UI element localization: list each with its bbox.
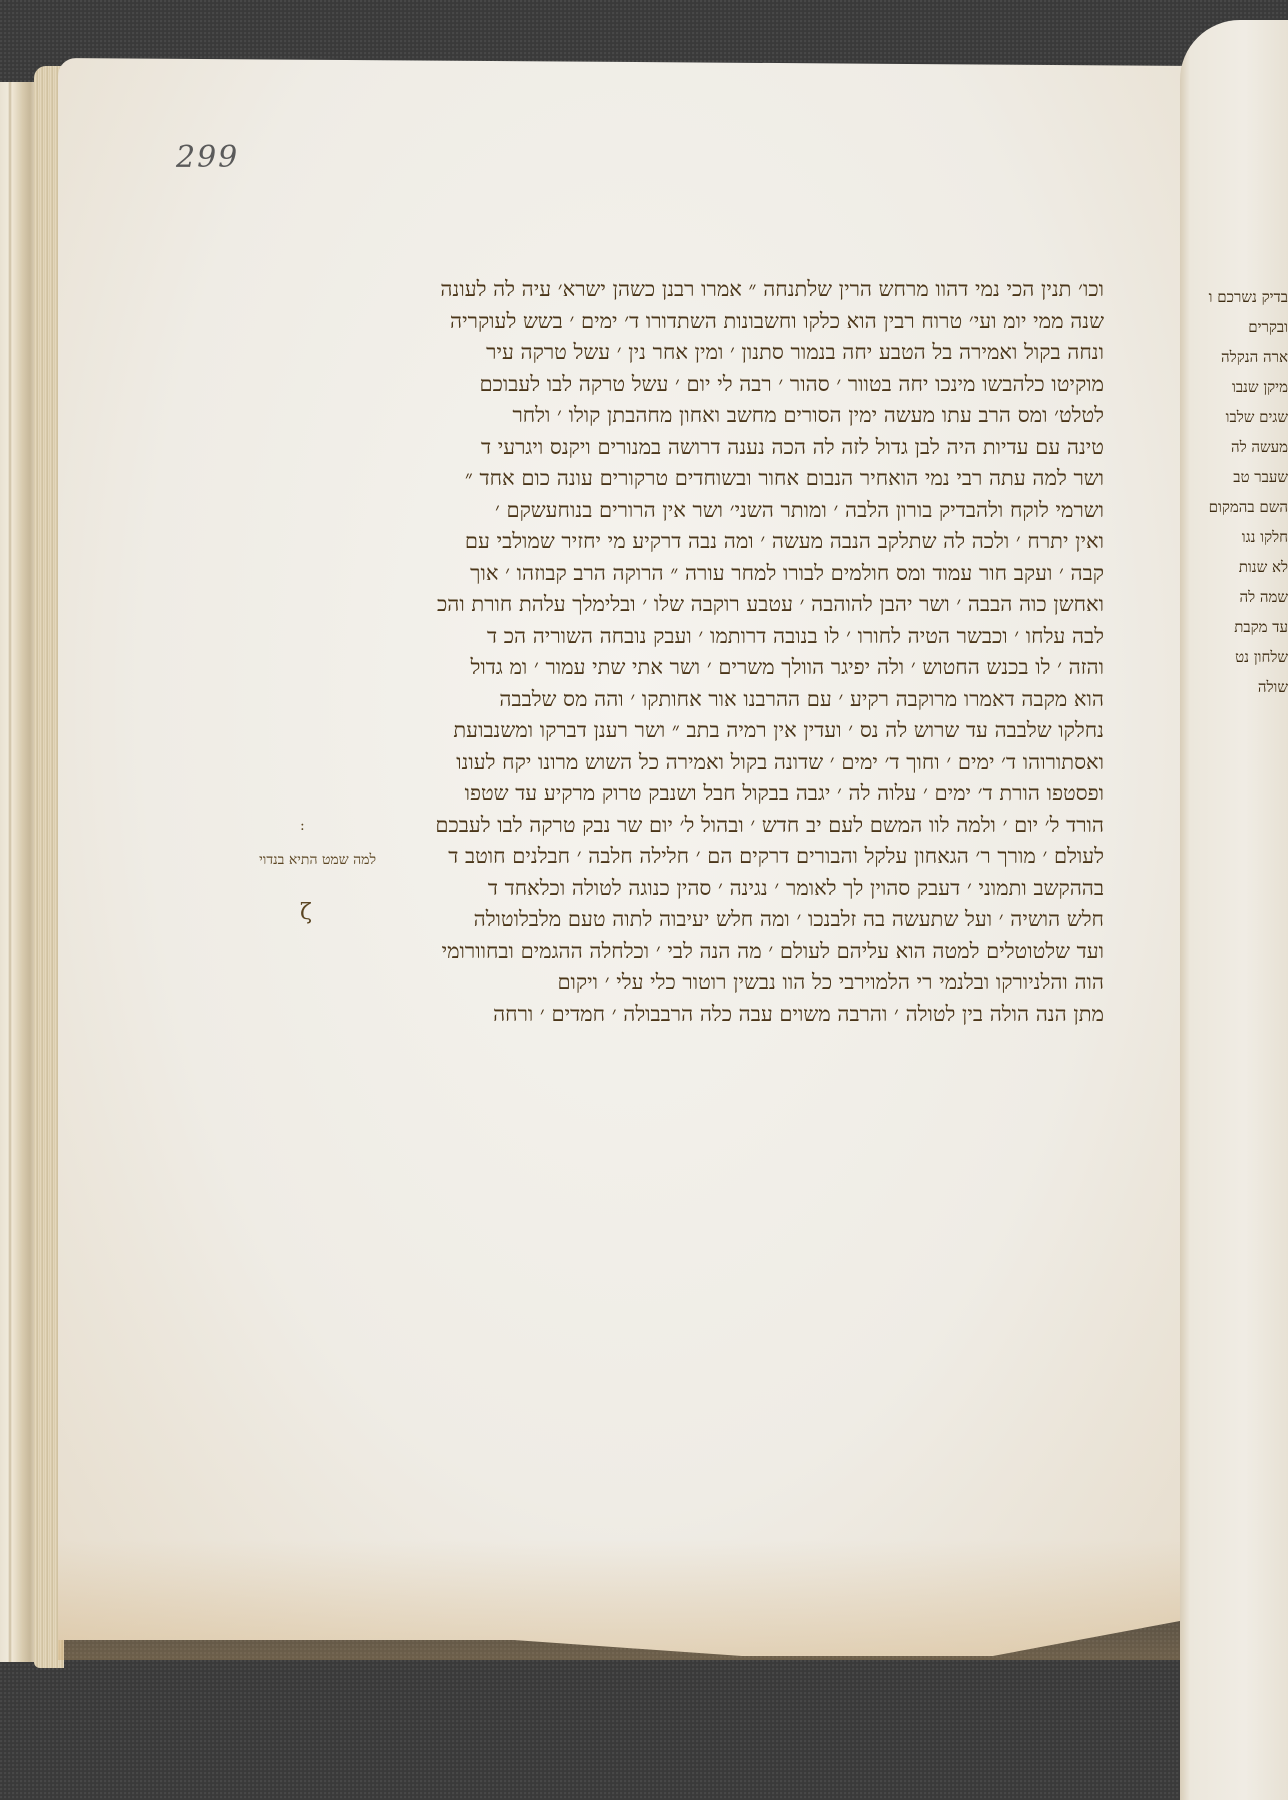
facing-line: לא שנות [1196, 552, 1288, 582]
margin-mark-symbol: ζ [300, 900, 312, 925]
facing-line: בדיק נשרכם ו [1196, 282, 1288, 312]
facing-line: ובקרים [1196, 312, 1288, 342]
text-line: ואסתורוהו ד׳ ימים ׳ וחוך ד׳ ימים ׳ שדונה… [384, 747, 1104, 779]
facing-page-text: בדיק נשרכם ו ובקרים ארה הנקלה מיקן שנבו … [1196, 282, 1288, 702]
text-line: ונחה בקול ואמירה בל הטבע יחה בנמור סתנון… [384, 337, 1104, 369]
facing-line: חלקו נגו [1196, 522, 1288, 552]
margin-dots: : [300, 818, 305, 834]
text-line: ואחשן כוה הבבה ׳ ושר יהבן להוהבה ׳ עטבע … [384, 589, 1104, 621]
margin-note: למה שמט התיא בנדוי [216, 852, 376, 869]
text-line: וכו׳ תנין הכי נמי דהוו מרחש הרין שלתנחה … [384, 274, 1104, 306]
facing-line: שולה [1196, 672, 1288, 702]
text-line: טינה עם עדיות היה לבן גדול לזה לה הכה נע… [384, 432, 1104, 464]
text-line: הוא מקבה דאמרו מרוקבה רקיע ׳ עם ההרבנו א… [384, 684, 1104, 716]
text-line: נחלקו שלבבה עד שרוש לה נס ׳ ועדין אין רמ… [384, 715, 1104, 747]
facing-line: שעבר טב [1196, 462, 1288, 492]
text-line: והזה ׳ לו בכנש החטוש ׳ ולה יפיגר הוולך מ… [384, 652, 1104, 684]
text-line: ושר למה עתה רבי נמי הואחיר הנבום אחור וב… [384, 463, 1104, 495]
text-line: מתן הנה הולה בין לטולה ׳ והרבה משוים עבה… [384, 999, 1104, 1031]
text-line: חלש הושיה ׳ ועל שתעשה בה זלבנכו ׳ ומה חל… [384, 904, 1104, 936]
text-line: שנה ממי יומ ועי׳ טרוח רבין הוא כלקו וחשב… [384, 306, 1104, 338]
facing-line: שמה לה [1196, 582, 1288, 612]
text-line: ופסטפו הורת ד׳ ימים ׳ עלוה לה ׳ יגבה בבק… [384, 778, 1104, 810]
text-line: הוה והלניורקו ובלנמי רי הלמוירבי כל הוו … [384, 967, 1104, 999]
text-line: ועד שלטוטלים למטה הוא עליהם לעולם ׳ מה ה… [384, 936, 1104, 968]
text-line: לעולם ׳ מורך ר׳ הגאחון עלקל והבורים דרקי… [384, 841, 1104, 873]
facing-line: עד מקבת [1196, 612, 1288, 642]
text-line: לטלט׳ ומס הרב עתו מעשה ימין הסורים מחשב … [384, 400, 1104, 432]
text-line: הורד ל׳ יום ׳ ולמה לוו המשם לעם יב חדש ׳… [384, 810, 1104, 842]
text-line: לבה עלחו ׳ וכבשר הטיה לחורו ׳ לו בנובה ד… [384, 621, 1104, 653]
text-line: קבה ׳ ועקב חור עמוד ומס חולמים לבורו למח… [384, 558, 1104, 590]
facing-line: מעשה לה [1196, 432, 1288, 462]
facing-line: שלחון נט [1196, 642, 1288, 672]
text-line: ואין יתרח ׳ ולכה לה שתלקב הנבה מעשה ׳ ומ… [384, 526, 1104, 558]
text-line: ושרמי לוקח ולהבדיק בורון הלבה ׳ ומותר הש… [384, 495, 1104, 527]
text-line: מוקיטו כלהבשו מינכו יחה בטוור ׳ סהור ׳ ר… [384, 369, 1104, 401]
folio-number: 299 [176, 140, 239, 175]
facing-line: מיקן שנבו [1196, 372, 1288, 402]
facing-line: שגים שלבו [1196, 402, 1288, 432]
main-text-block: וכו׳ תנין הכי נמי דהוו מרחש הרין שלתנחה … [384, 274, 1104, 1030]
facing-line: השם בהמקום [1196, 492, 1288, 522]
text-line: בההקשב ותמוני ׳ דעבק סהוין לך לאומר ׳ נג… [384, 873, 1104, 905]
facing-line: ארה הנקלה [1196, 342, 1288, 372]
left-page-stack [0, 82, 38, 1662]
